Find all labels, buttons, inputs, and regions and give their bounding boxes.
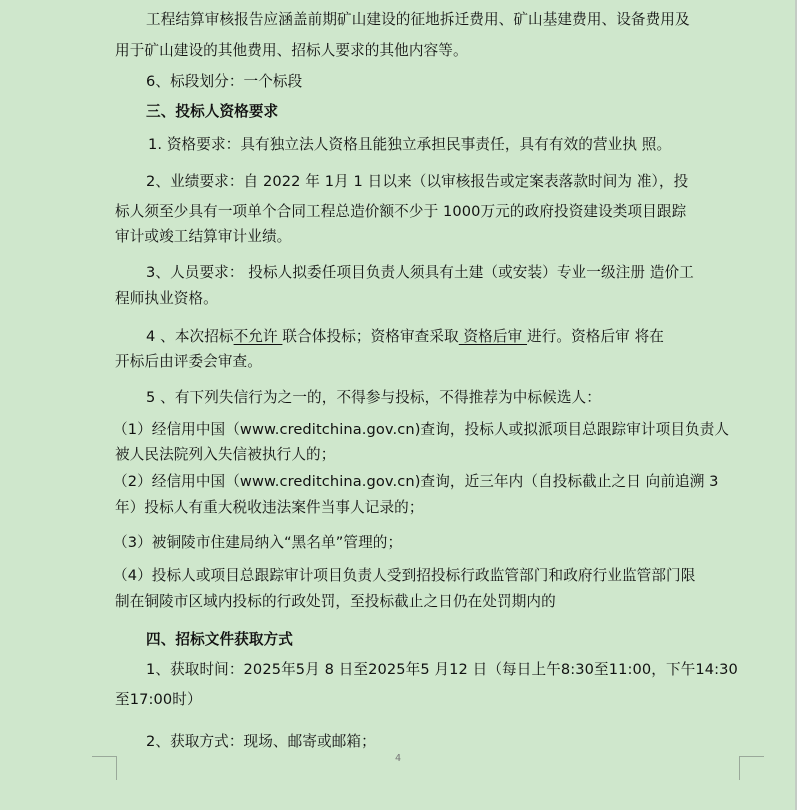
paragraph-line: 被人民法院列入失信被执行人的； <box>115 445 335 465</box>
text-part: 4 、本次招标 <box>146 328 234 345</box>
paragraph-line: 标人须至少具有一项单个合同工程总造价额不少于 1000万元的政府投资建设类项目跟… <box>115 202 686 222</box>
paragraph-line: 2、获取方式：现场、邮寄或邮箱； <box>146 732 376 752</box>
paragraph-line: 年）投标人有重大税收违法案件当事人记录的； <box>115 498 424 518</box>
margin-corner-right-h <box>739 756 764 757</box>
paragraph-line: 开标后由评委会审查。 <box>115 352 262 372</box>
paragraph-line: 审计或竣工结算审计业绩。 <box>115 227 291 247</box>
section-heading-qualification: 三、投标人资格要求 <box>146 102 278 122</box>
paragraph-line: 工程结算审核报告应涵盖前期矿山建设的征地拆迁费用、矿山基建费用、设备费用及 <box>146 10 690 30</box>
paragraph-line: （2）经信用中国（www.creditchina.gov.cn)查询，近三年内（… <box>113 472 719 492</box>
paragraph-line: 1. 资格要求：具有独立法人资格且能独立承担民事责任，具有有效的营业执 照。 <box>148 135 671 155</box>
paragraph-line: 程师执业资格。 <box>115 289 218 309</box>
paragraph-line: （3）被铜陵市住建局纳入“黑名单”管理的； <box>113 533 402 553</box>
section-item-bid-division: 6、标段划分：一个标段 <box>146 72 302 92</box>
underlined-post-qualification: 资格后审 <box>459 328 527 345</box>
section-heading-document-acquisition: 四、招标文件获取方式 <box>146 630 293 650</box>
paragraph-line: 至17:00时） <box>115 690 202 710</box>
paragraph-line: 1、获取时间：2025年5月 8 日至2025年5 月12 日（每日上午8:30… <box>146 660 738 680</box>
paragraph-line: 3、人员要求： 投标人拟委任项目负责人须具有土建（或安装）专业一级注册 造价工 <box>146 263 694 283</box>
paragraph-line-consortium: 4 、本次招标不允许 联合体投标；资格审查采取 资格后审 进行。资格后审 将在 <box>146 327 664 347</box>
paragraph-line: 2、业绩要求：自 2022 年 1月 1 日以来（以审核报告或定案表落款时间为 … <box>146 172 688 192</box>
margin-corner-left-v <box>116 756 117 780</box>
margin-corner-right-v <box>739 756 740 780</box>
margin-corner-left-h <box>92 756 117 757</box>
underlined-not-allowed: 不允许 <box>234 328 283 345</box>
page-number: 4 <box>395 753 401 764</box>
paragraph-line: （1）经信用中国（www.creditchina.gov.cn)查询，投标人或拟… <box>113 420 729 440</box>
paragraph-line: 制在铜陵市区域内投标的行政处罚，至投标截止之日仍在处罚期内的 <box>115 592 556 612</box>
paragraph-line: 用于矿山建设的其他费用、招标人要求的其他内容等。 <box>115 41 468 61</box>
text-part: 进行。资格后审 将在 <box>527 328 664 345</box>
paragraph-line: （4）投标人或项目总跟踪审计项目负责人受到招投标行政监管部门和政府行业监管部门限 <box>113 566 695 586</box>
paragraph-line: 5 、有下列失信行为之一的，不得参与投标，不得推荐为中标候选人： <box>146 388 601 408</box>
text-part: 联合体投标；资格审查采取 <box>282 328 458 345</box>
